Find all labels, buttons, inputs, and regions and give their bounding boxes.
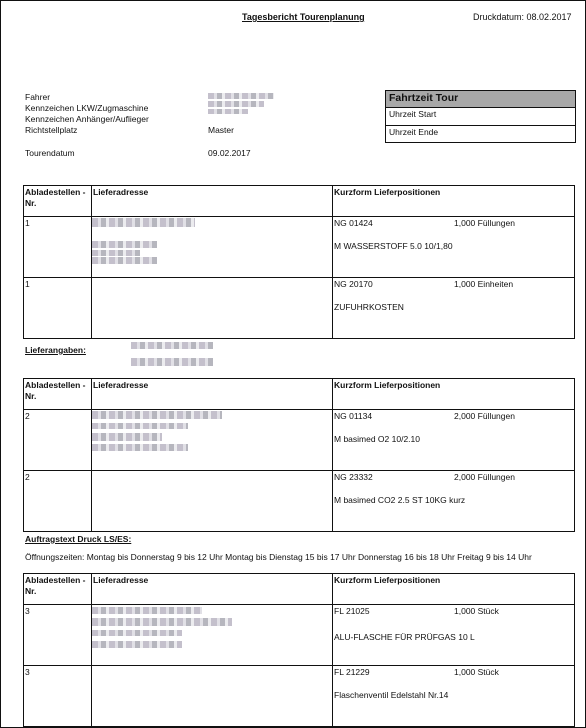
delivery-address	[92, 666, 333, 727]
stop-table-1: Abladestellen -Nr. Lieferadresse Kurzfor…	[23, 185, 575, 339]
delivery-position: FL 212291,000 Stück Flaschenventil Edels…	[333, 666, 575, 727]
uhrzeit-ende: Uhrzeit Ende	[386, 125, 575, 142]
table-row: 1 NG 014241,000 Füllungen M WASSERSTOFF …	[24, 217, 575, 278]
article-description: M basimed CO2 2.5 ST 10KG kurz	[334, 495, 573, 505]
table-row: 3 FL 210251,000 Stück ALU-FLASCHE FÜR PR…	[24, 605, 575, 666]
auftragstext-label: Auftragstext Druck LS/ES:	[25, 534, 131, 544]
header-positions: Kurzform Lieferpositionen	[333, 186, 575, 217]
redacted-kennzeichen-lkw-2	[208, 109, 248, 114]
redacted-address-line	[92, 641, 182, 648]
redacted-fahrer	[208, 93, 274, 99]
delivery-address	[92, 471, 333, 532]
header-address: Lieferadresse	[92, 379, 333, 410]
redacted-address-line	[92, 257, 157, 264]
header-address: Lieferadresse	[92, 574, 333, 605]
article-quantity: 1,000 Einheiten	[454, 279, 513, 289]
stop-nr: 3	[24, 666, 92, 727]
lieferangaben-label: Lieferangaben:	[25, 345, 86, 355]
report-title: Tagesbericht Tourenplanung	[242, 12, 365, 22]
stop-table-2: Abladestellen -Nr. Lieferadresse Kurzfor…	[23, 378, 575, 532]
table-row: 3 FL 212291,000 Stück Flaschenventil Ede…	[24, 666, 575, 727]
article-quantity: 2,000 Füllungen	[454, 472, 515, 482]
uhrzeit-start: Uhrzeit Start	[386, 108, 575, 125]
article-description: Flaschenventil Edelstahl Nr.14	[334, 690, 573, 700]
stop-nr: 2	[24, 471, 92, 532]
redacted-lieferangaben	[131, 342, 213, 349]
redacted-address-line	[92, 607, 202, 614]
redacted-address-line	[92, 433, 162, 441]
article-code: NG 01424	[334, 218, 454, 228]
header-nr: Abladestellen -Nr.	[24, 379, 92, 410]
article-code: FL 21025	[334, 606, 454, 616]
delivery-address	[92, 605, 333, 666]
article-code: NG 23332	[334, 472, 454, 482]
article-quantity: 2,000 Füllungen	[454, 411, 515, 421]
article-description: ALU-FLASCHE FÜR PRÜFGAS 10 L	[334, 632, 573, 642]
delivery-address	[92, 278, 333, 339]
redacted-address-line	[92, 241, 157, 248]
header-positions: Kurzform Lieferpositionen	[333, 574, 575, 605]
stop-nr: 3	[24, 605, 92, 666]
table-row: 1 NG 201701,000 Einheiten ZUFUHRKOSTEN	[24, 278, 575, 339]
label-tourendatum: Tourendatum	[25, 148, 75, 159]
stop-nr: 1	[24, 278, 92, 339]
article-code: NG 01134	[334, 411, 454, 421]
delivery-position: NG 014241,000 Füllungen M WASSERSTOFF 5.…	[333, 217, 575, 278]
delivery-address	[92, 217, 333, 278]
article-quantity: 1,000 Stück	[454, 606, 499, 616]
article-quantity: 1,000 Stück	[454, 667, 499, 677]
fahrzeit-tour-title: Fahrtzeit Tour	[386, 91, 575, 108]
article-description: M basimed O2 10/2.10	[334, 434, 573, 444]
stop-table-3: Abladestellen -Nr. Lieferadresse Kurzfor…	[23, 573, 575, 727]
header-positions: Kurzform Lieferpositionen	[333, 379, 575, 410]
label-richtstellplatz: Richtstellplatz	[25, 125, 77, 136]
article-quantity: 1,000 Füllungen	[454, 218, 515, 228]
redacted-address-line	[92, 618, 232, 626]
fahrzeit-tour-box: Fahrtzeit Tour Uhrzeit Start Uhrzeit End…	[385, 90, 576, 143]
header-address: Lieferadresse	[92, 186, 333, 217]
delivery-position: NG 201701,000 Einheiten ZUFUHRKOSTEN	[333, 278, 575, 339]
redacted-address-line	[92, 444, 188, 451]
redacted-address-line	[92, 250, 140, 256]
redacted-address-line	[92, 423, 188, 429]
value-tourendatum: 09.02.2017	[208, 148, 251, 159]
header-nr: Abladestellen -Nr.	[24, 186, 92, 217]
label-kennzeichen-lkw: Kennzeichen LKW/Zugmaschine	[25, 103, 148, 114]
stop-nr: 2	[24, 410, 92, 471]
redacted-address-line	[92, 630, 182, 636]
header-nr: Abladestellen -Nr.	[24, 574, 92, 605]
table-row: 2 NG 011342,000 Füllungen M basimed O2 1…	[24, 410, 575, 471]
delivery-position: NG 233322,000 Füllungen M basimed CO2 2.…	[333, 471, 575, 532]
article-code: FL 21229	[334, 667, 454, 677]
redacted-kennzeichen-lkw	[208, 101, 264, 107]
print-date: Druckdatum: 08.02.2017	[473, 12, 572, 22]
label-kennzeichen-anhaenger: Kennzeichen Anhänger/Auflieger	[25, 114, 149, 125]
article-description: M WASSERSTOFF 5.0 10/1,80	[334, 241, 573, 251]
report-page: Tagesbericht Tourenplanung Druckdatum: 0…	[0, 0, 586, 728]
table-row: 2 NG 233322,000 Füllungen M basimed CO2 …	[24, 471, 575, 532]
article-code: NG 20170	[334, 279, 454, 289]
label-fahrer: Fahrer	[25, 92, 50, 103]
redacted-address-line	[92, 218, 195, 227]
redacted-lieferangaben	[131, 358, 213, 366]
stop-nr: 1	[24, 217, 92, 278]
delivery-position: NG 011342,000 Füllungen M basimed O2 10/…	[333, 410, 575, 471]
delivery-position: FL 210251,000 Stück ALU-FLASCHE FÜR PRÜF…	[333, 605, 575, 666]
opening-hours-text: Öffnungszeiten: Montag bis Donnerstag 9 …	[25, 552, 532, 562]
value-richtstellplatz: Master	[208, 125, 234, 136]
article-description: ZUFUHRKOSTEN	[334, 302, 573, 312]
delivery-address	[92, 410, 333, 471]
redacted-address-line	[92, 411, 222, 419]
